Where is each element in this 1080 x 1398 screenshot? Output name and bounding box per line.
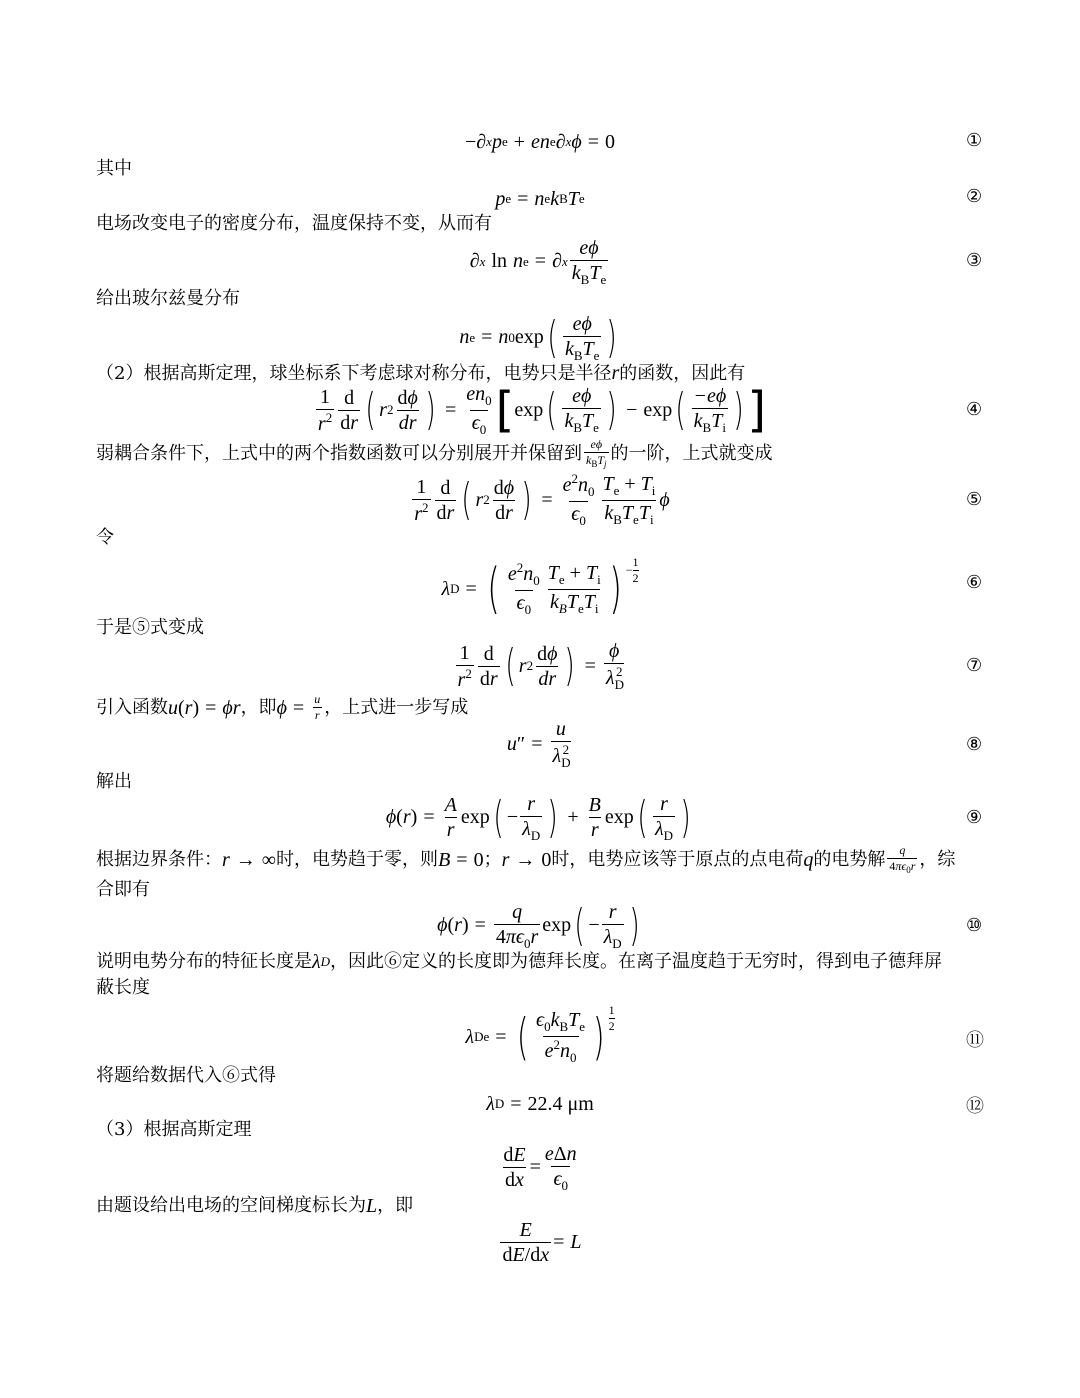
text-line: 解出 bbox=[96, 770, 132, 794]
text-line: 给出玻尔兹曼分布 bbox=[96, 287, 240, 311]
text-line: 其中 bbox=[96, 157, 132, 181]
equation-12: λD=22.4 μm bbox=[0, 1090, 1080, 1118]
equation-2: pe=nekBTe bbox=[0, 185, 1080, 213]
equation-6: λD= ( e2n0ϵ0 Te + TikBTeTi ) −12 bbox=[0, 556, 1080, 622]
equation-number: ⑫ bbox=[966, 1092, 984, 1118]
equation-10: ϕ(r)= q4πϵ0rexp(−rλD) bbox=[0, 900, 1080, 952]
equation-9: ϕ(r)= Arexp(−rλD) + Brexp(rλD) bbox=[0, 792, 1080, 844]
equation-number: ⑪ bbox=[966, 1026, 984, 1052]
equation-number: ② bbox=[966, 186, 982, 207]
text-line: 电场改变电子的密度分布，温度保持不变，从而有 bbox=[96, 212, 492, 236]
equation-number: ④ bbox=[966, 399, 982, 420]
equation-number: ⑨ bbox=[966, 807, 982, 828]
equation-number: ⑧ bbox=[966, 734, 982, 755]
equation-5: 1r2 ddr (r2dϕdr) = e2n0ϵ0 Te + TikBTeTiϕ bbox=[0, 474, 1080, 526]
equation-11: λDe= ( ϵ0kBTee2n0 ) 12 bbox=[0, 1006, 1080, 1068]
text-line: 说明电势分布的特征长度是 λD ，因此⑥定义的长度即为德拜长度。在离子温度趋于无… bbox=[96, 950, 942, 974]
equation-number: ⑤ bbox=[966, 489, 982, 510]
equation-4: 1r2 ddr (r2dϕdr) = en0ϵ0 [exp(eϕkBTe) −e… bbox=[0, 384, 1080, 436]
equation-number: ③ bbox=[966, 250, 982, 271]
equation-gauss: dEdx =eΔnϵ0 bbox=[0, 1142, 1080, 1194]
text-line: （3）根据高斯定理 bbox=[96, 1118, 251, 1142]
equation-number: ⑩ bbox=[966, 915, 982, 936]
equation-number: ⑦ bbox=[966, 655, 982, 676]
equation-7: 1r2 ddr (r2dϕdr) = ϕλD2 bbox=[0, 640, 1080, 692]
equation-boltzmann: ne=n0exp(eϕkBTe) bbox=[0, 312, 1080, 364]
equation-number: ⑥ bbox=[966, 572, 982, 593]
text-line: 将题给数据代入⑥式得 bbox=[96, 1064, 276, 1088]
text-line: 蔽长度 bbox=[96, 976, 150, 1000]
text-line: 令 bbox=[96, 526, 114, 550]
equation-1: −∂xpe+ene∂xϕ=0 bbox=[0, 128, 1080, 156]
text-line: 合即有 bbox=[96, 878, 150, 902]
equation-number: ① bbox=[966, 130, 982, 151]
result-value: 22.4 μm bbox=[528, 1093, 594, 1116]
text-line: 根据边界条件： r→∞ 时，电势趋于零，则 B=0 ； r→0 时，电势应该等于… bbox=[96, 844, 955, 876]
equation-3: ∂xlnne=∂x eϕkBTe bbox=[0, 236, 1080, 288]
text-line: 弱耦合条件下，上式中的两个指数函数可以分别展开并保留到 eϕkBTj 的一阶，上… bbox=[96, 438, 773, 470]
text-line: 于是⑤式变成 bbox=[96, 616, 204, 640]
equation-8: u″=uλD2 bbox=[0, 718, 1080, 770]
equation-gradient-length: EdE/dx =L bbox=[0, 1216, 1080, 1268]
text-line: 由题设给出电场的空间梯度标长为L，即 bbox=[96, 1194, 413, 1218]
